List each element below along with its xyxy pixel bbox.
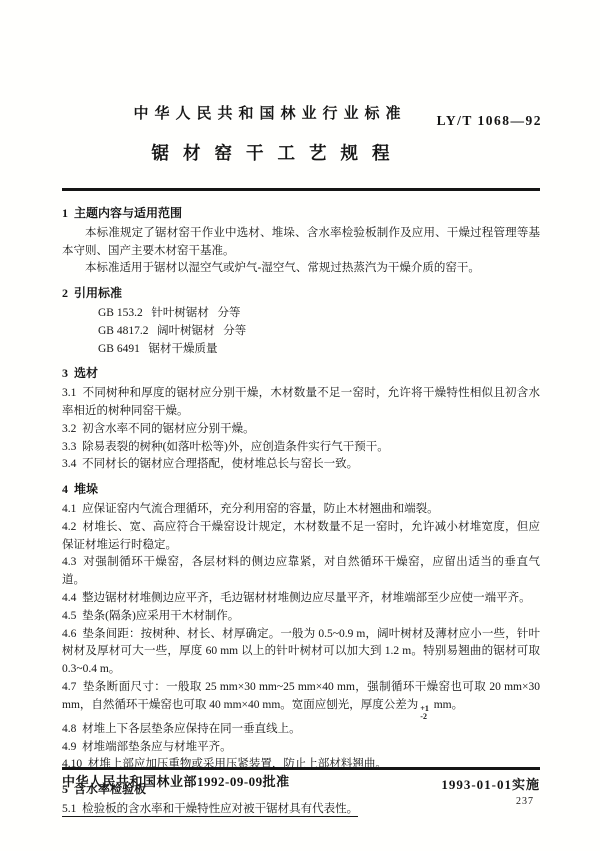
clause-5-1: 5.1 检验板的含水率和干燥特性应对被干锯材具有代表性。 (62, 801, 540, 819)
reference-standard-1: GB 153.2 针叶树锯材 分等 (62, 305, 540, 323)
clause-4-7: 4.7 垫条断面尺寸：一般取 25 mm×30 mm~25 mm×40 mm，强… (62, 679, 540, 721)
standard-number: LY/T 1068—92 (437, 113, 542, 129)
clause-3-2: 3.2 初含水率不同的锯材应分别干燥。 (62, 421, 540, 439)
clause-4-2: 4.2 材堆长、宽、高应符合干燥窑设计规定，木材数量不足一窑时，允许减小材堆宽度… (62, 519, 540, 555)
thickness-tolerance-fraction: +1-2 (420, 705, 429, 721)
page-number: 237 (516, 796, 534, 807)
clause-4-1: 4.1 应保证窑内气流合理循环，充分利用窑的容量，防止木材翘曲和端裂。 (62, 501, 540, 519)
section-2-heading: 2 引用标准 (62, 285, 540, 303)
implementation-date: 1993-01-01实施 (441, 771, 540, 793)
approval-note: 中华人民共和国林业部1992-09-09批准 (62, 771, 290, 790)
clause-4-9: 4.9 材堆端部垫条应与材堆平齐。 (62, 739, 540, 757)
section-1-heading: 1 主题内容与适用范围 (62, 205, 540, 223)
clause-4-8: 4.8 材堆上下各层垫条应保持在同一垂直线上。 (62, 721, 540, 739)
reference-standard-2: GB 4817.2 阔叶树锯材 分等 (62, 323, 540, 341)
footer: 中华人民共和国林业部1992-09-09批准 1993-01-01实施 (62, 771, 540, 793)
clause-4-3: 4.3 对强制循环干燥窑，各层材料的侧边应靠紧，对自然循环干燥窑，应留出适当的垂… (62, 554, 540, 590)
clause-4-7-unit: mm。 (431, 699, 463, 711)
document-body: 1 主题内容与适用范围 本标准规定了锯材窑干作业中选材、堆垛、含水率检验板制作及… (62, 198, 540, 819)
header-divider-rule (62, 188, 540, 191)
reference-standard-3: GB 6491 锯材干燥质量 (62, 341, 540, 359)
footer-divider-rule (62, 767, 540, 770)
clause-4-7-text: 4.7 垫条断面尺寸：一般取 25 mm×30 mm~25 mm×40 mm，强… (62, 681, 540, 711)
section-1-paragraph-1: 本标准规定了锯材窑干作业中选材、堆垛、含水率检验板制作及应用、干燥过程管理等基本… (62, 225, 540, 261)
clause-5-1-text: 5.1 检验板的含水率和干燥特性应对被干锯材具有代表性。 (62, 803, 358, 817)
clause-4-4: 4.4 整边锯材材堆侧边应平齐，毛边锯材材堆侧边应尽量平齐，材堆端部至少应使一端… (62, 590, 540, 608)
clause-3-3: 3.3 除易表裂的树种(如落叶松等)外，应创造条件实行气干预干。 (62, 439, 540, 457)
section-3-heading: 3 选材 (62, 365, 540, 383)
section-4-heading: 4 堆垛 (62, 481, 540, 499)
document-page: 中华人民共和国林业行业标准 LY/T 1068—92 锯材窑干工艺规程 1 主题… (0, 0, 600, 851)
clause-3-4: 3.4 不同材长的锯材应合理搭配，使材堆总长与窑长一致。 (62, 456, 540, 474)
document-title: 锯材窑干工艺规程 (0, 140, 555, 165)
clause-4-5: 4.5 垫条(隔条)应采用干木材制作。 (62, 608, 540, 626)
tolerance-lower-value: -2 (420, 713, 429, 721)
clause-3-1: 3.1 不同树种和厚度的锯材应分别干燥，木材数量不足一窑时，允许将干燥特性相似且… (62, 385, 540, 421)
section-1-paragraph-2: 本标准适用于锯材以湿空气或炉气-湿空气、常规过热蒸汽为干燥介质的窑干。 (62, 260, 540, 278)
clause-4-6: 4.6 垫条间距：按树种、材长、材厚确定。一般为 0.5~0.9 m，阔叶树材及… (62, 626, 540, 679)
